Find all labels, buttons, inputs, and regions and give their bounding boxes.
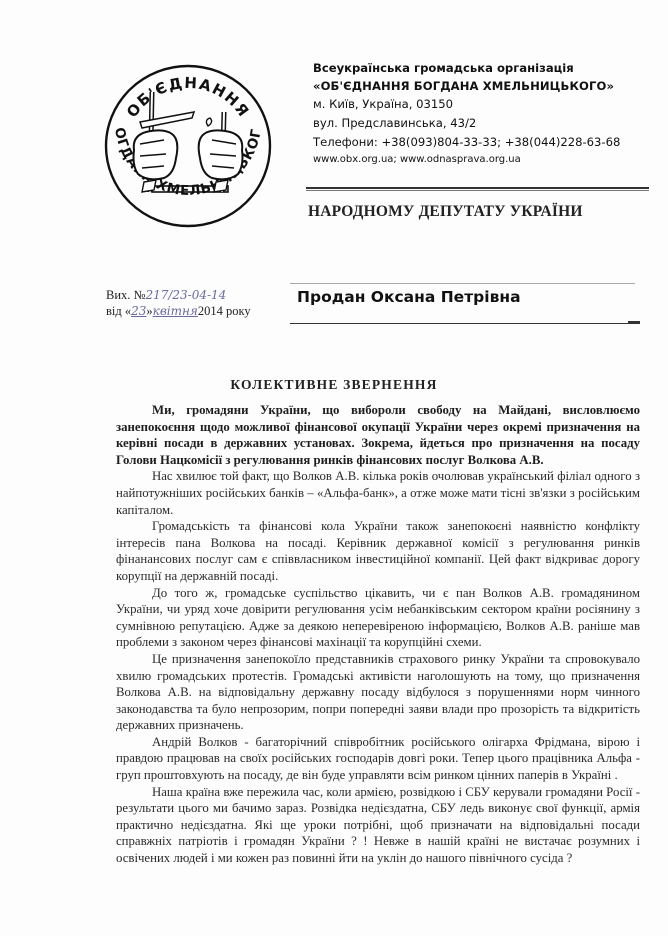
org-name: «ОБ'ЄДНАННЯ БОГДАНА ХМЕЛЬНИЦЬКОГО» — [313, 77, 663, 95]
date-year: 2014 року — [198, 304, 251, 318]
paragraph: Ми, громадяни України, що вибороли свобо… — [116, 402, 640, 468]
recipient-name: Продан Оксана Петрівна — [297, 288, 521, 306]
outgoing-number-label: Вих. № — [106, 288, 145, 302]
addressee-heading: НАРОДНОМУ ДЕПУТАТУ УКРАЇНИ — [308, 203, 583, 221]
header-divider — [306, 187, 649, 189]
organization-header: Всеукраїнська громадська організація «ОБ… — [313, 59, 663, 168]
paragraph: Андрій Волков - багаторічний співробітни… — [116, 734, 640, 784]
paragraph: До того ж, громадське суспільство цікави… — [116, 585, 640, 651]
outgoing-reference: Вих. №217/23-04-14 від «23»квітня2014 ро… — [106, 287, 251, 319]
org-street: вул. Предславинська, 43/2 — [313, 114, 663, 133]
header-divider-thin — [306, 190, 649, 191]
date-month-handwritten: квітня — [153, 304, 198, 318]
organization-logo-icon: ОБ'ЄДНАННЯ БОГДАНА ХМЕЛЬНИЦЬКОГО — [104, 64, 272, 228]
org-phones: Телефони: +38(093)804-33-33; +38(044)228… — [313, 133, 663, 152]
org-type: Всеукраїнська громадська організація — [313, 59, 663, 77]
paragraph: Наша країна вже пережила час, коли арміє… — [116, 784, 640, 867]
paragraph: Це призначення занепокоїло представників… — [116, 651, 640, 734]
org-websites: www.obx.org.ua; www.odnasprava.org.ua — [313, 152, 663, 168]
recipient-underline — [290, 323, 640, 324]
paragraph: Громадськість та фінансові кола України … — [116, 518, 640, 584]
document-title: КОЛЕКТИВНЕ ЗВЕРНЕННЯ — [0, 377, 668, 393]
recipient-underline-mark — [628, 321, 640, 324]
paragraph: Нас хвилює той факт, що Волков А.В. кіль… — [116, 468, 640, 518]
date-day-handwritten: 23 — [131, 304, 146, 318]
recipient-top-line — [290, 283, 635, 284]
letter-page: ОБ'ЄДНАННЯ БОГДАНА ХМЕЛЬНИЦЬКОГО Всеукра… — [0, 0, 668, 936]
outgoing-number-handwritten: 217/23-04-14 — [145, 288, 226, 302]
appeal-body: Ми, громадяни України, що вибороли свобо… — [116, 402, 640, 867]
date-prefix: від « — [106, 304, 131, 318]
org-city: м. Київ, Україна, 03150 — [313, 95, 663, 114]
